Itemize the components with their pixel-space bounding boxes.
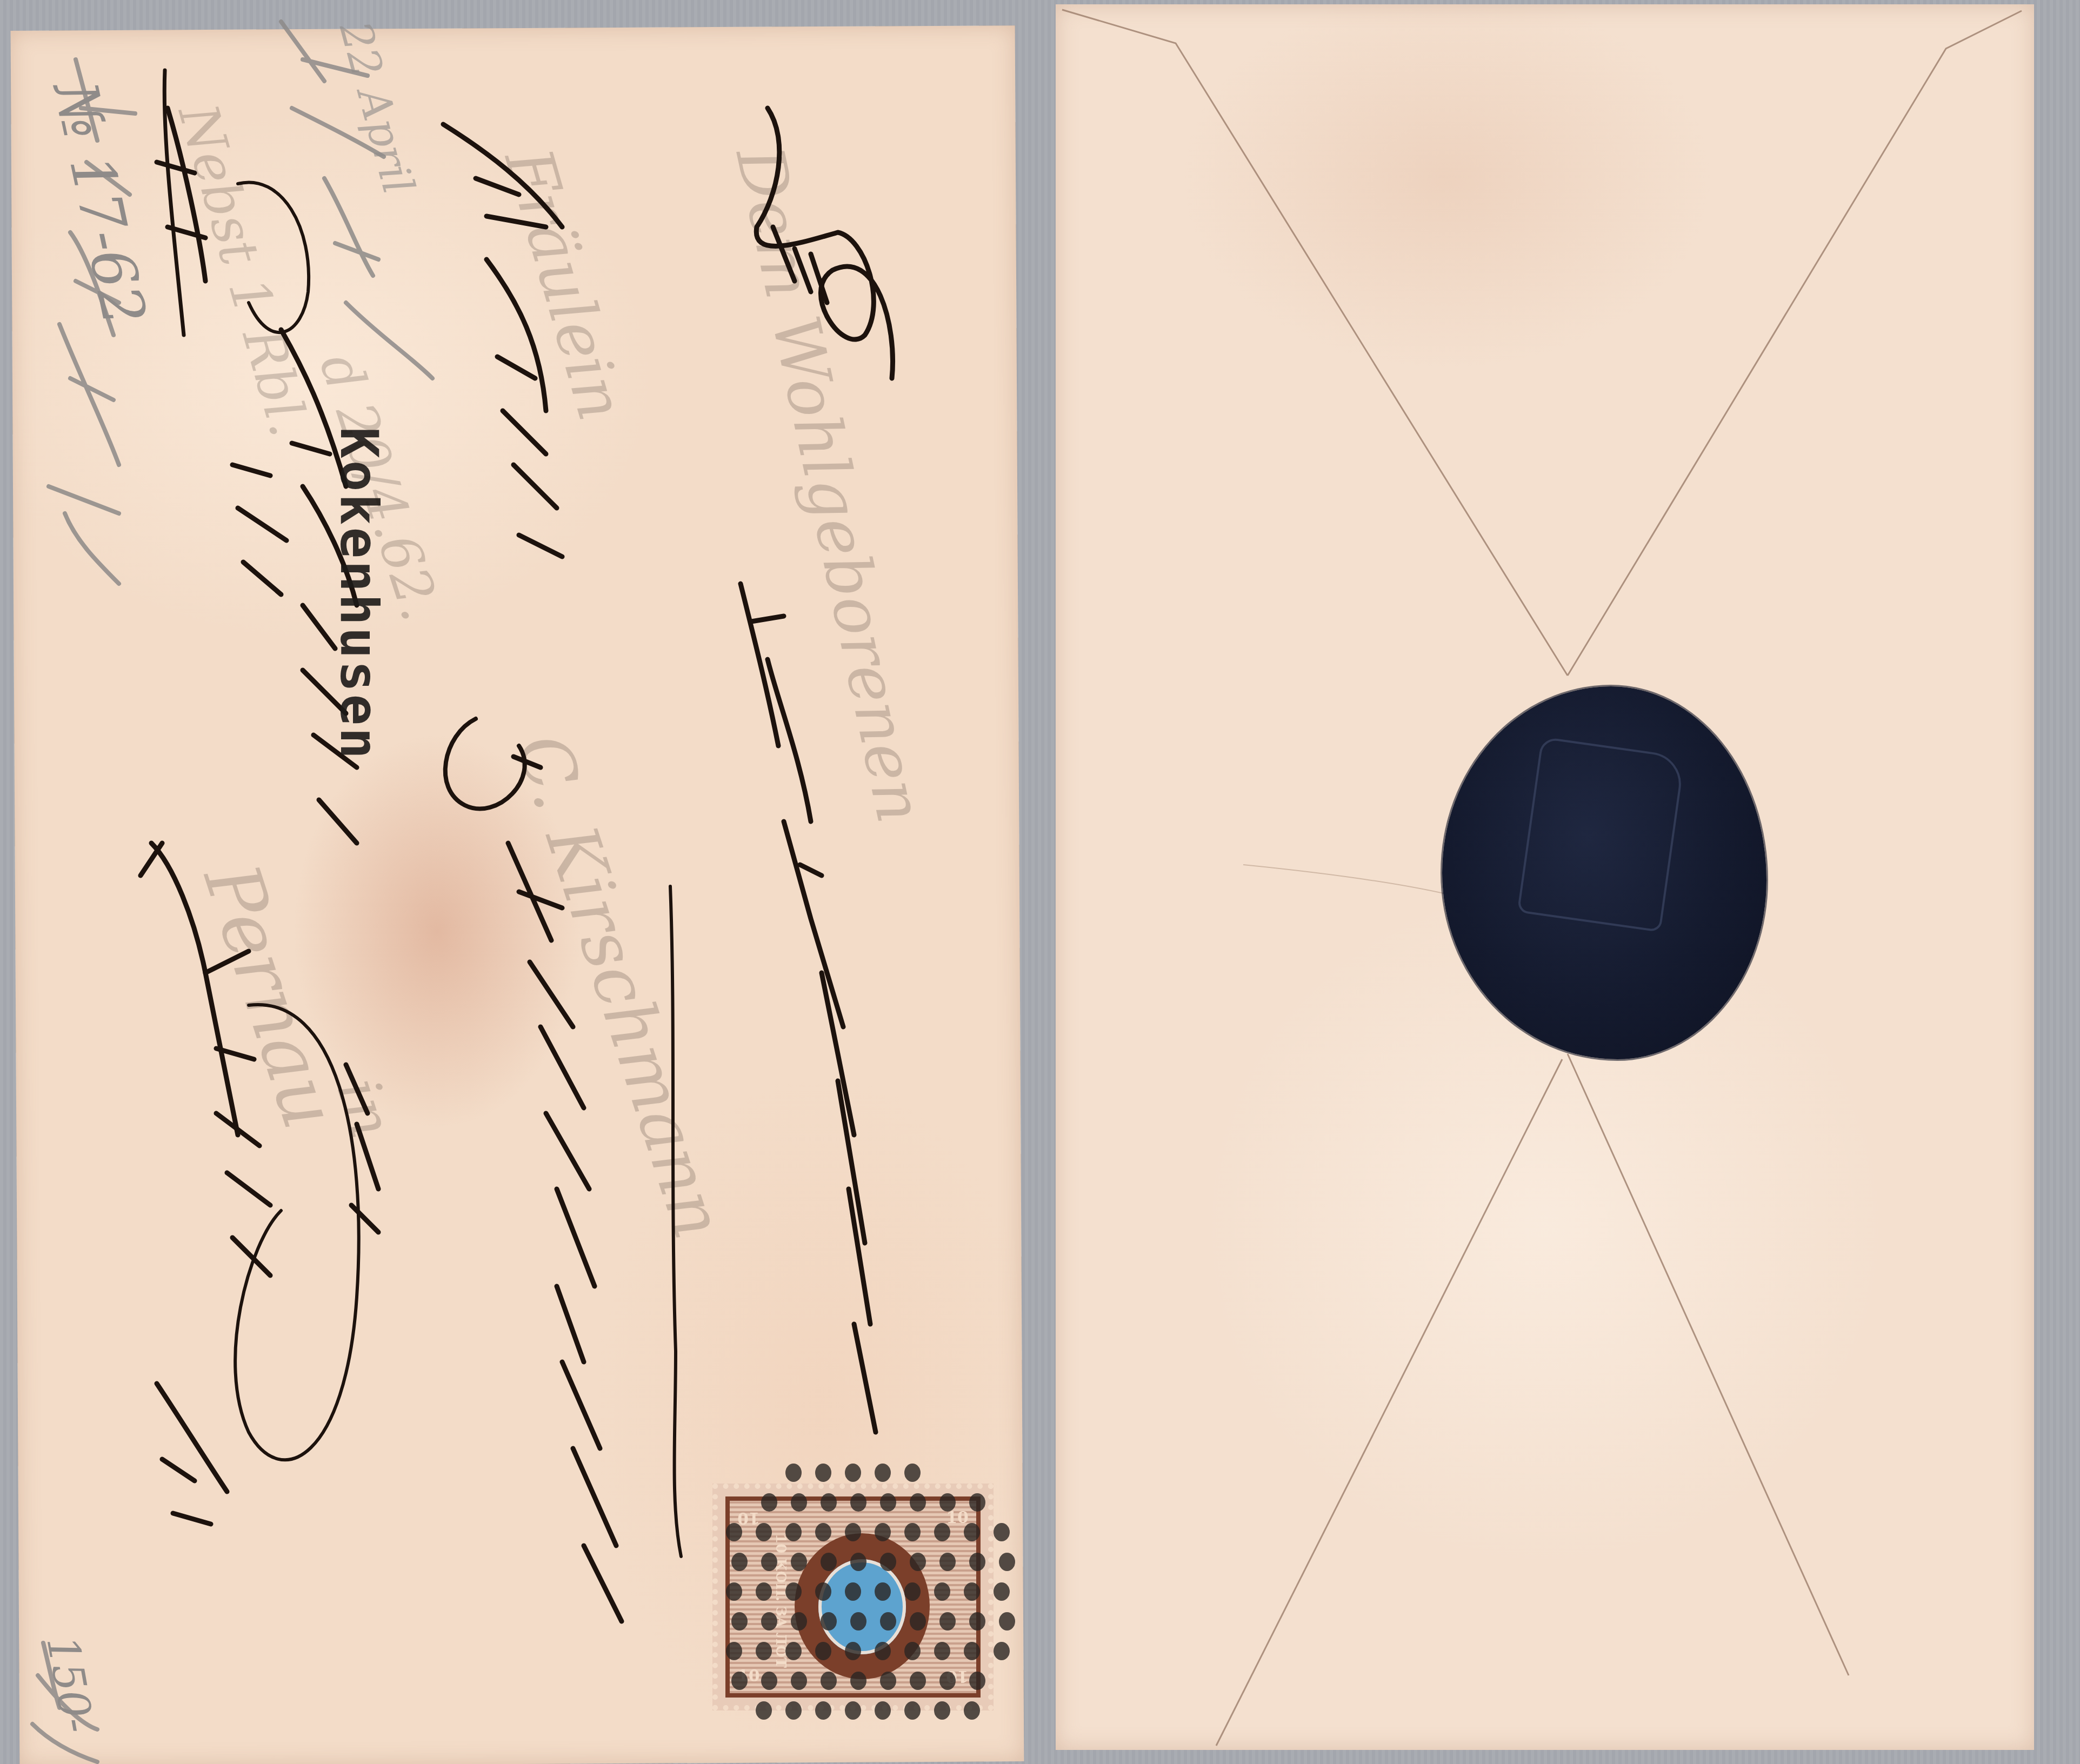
- handwriting-layer: [0, 0, 2080, 1764]
- postage-stamp: 10 10 10 10 10 КОП. ЗА ЛОТ: [712, 1484, 994, 1710]
- seal-impression: [1517, 737, 1685, 932]
- dotted-cancel: [685, 1456, 1031, 1748]
